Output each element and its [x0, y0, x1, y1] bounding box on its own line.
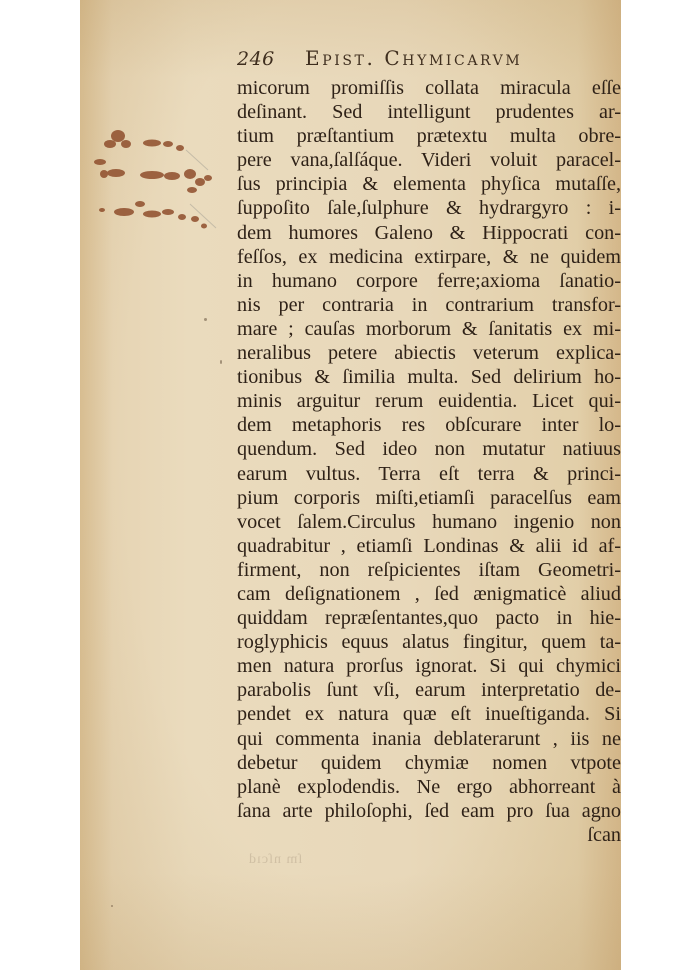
text-line: debetur quidem chymiæ nomen vtpote — [237, 751, 621, 775]
text-line: feſſos, ex medicina extirpare, & ne quid… — [237, 245, 621, 269]
running-title: Epist. Chymicarvm — [305, 46, 522, 70]
text-line: pere vana,ſalſáque. Videri voluit parace… — [237, 148, 621, 172]
text-line: earum vultus. Terra eſt terra & princi- — [237, 462, 621, 486]
text-line: pendet ex natura quæ eſt inueſtiganda. S… — [237, 702, 621, 726]
text-line: vocet ſalem.Circulus humano ingenio non — [237, 510, 621, 534]
text-line: dem humores Galeno & Hippocrati con- — [237, 221, 621, 245]
text-line: pium corporis miſti,etiamſi paracelſus e… — [237, 486, 621, 510]
text-line: quiddam repræſentantes,quo pacto in hie- — [237, 606, 621, 630]
paper-speck — [111, 905, 113, 907]
text-line: neralibus petere abiectis veterum explic… — [237, 341, 621, 365]
paper-speck — [220, 360, 222, 364]
catchword: ſcan — [237, 823, 621, 847]
text-line: quadrabitur , etiamſi Londinas & alii id… — [237, 534, 621, 558]
text-line: in humano corpore ferre;axioma ſanatio- — [237, 269, 621, 293]
text-line: dem metaphoris res obſcurare inter lo- — [237, 413, 621, 437]
text-line: deſinant. Sed intelligunt prudentes ar- — [237, 100, 621, 124]
body-text: micorum promiſſis collata miracula eſſe … — [237, 76, 621, 847]
text-line: qui commenta inania deblaterarunt , iis … — [237, 727, 621, 751]
text-line: micorum promiſſis collata miracula eſſe — [237, 76, 621, 100]
running-head: 246 Epist. Chymicarvm — [237, 44, 621, 74]
book-page: 246 Epist. Chymicarvm micorum promiſſis … — [80, 0, 621, 970]
text-line: planè explodendis. Ne ergo abhorreant à — [237, 775, 621, 799]
text-line: nis per contraria in contrarium transfor… — [237, 293, 621, 317]
text-line: firment, non reſpicientes iſtam Geometri… — [237, 558, 621, 582]
text-line: mare ; cauſas morborum & ſanitatis ex mi… — [237, 317, 621, 341]
text-line: men natura prorſus ignorat. Si qui chymi… — [237, 654, 621, 678]
handwritten-marginalia — [90, 122, 230, 232]
text-line: ſana arte philoſophi, ſed eam pro ſua ag… — [237, 799, 621, 823]
bleed-through-text: ſm nſcıd — [248, 852, 302, 868]
text-line: tionibus & ſimilia multa. Sed delirium h… — [237, 365, 621, 389]
text-line: minis arguitur rerum euidentia. Licet qu… — [237, 389, 621, 413]
text-line: ſus principia & elementa phyſica mutaſſe… — [237, 172, 621, 196]
text-line: parabolis ſunt vſi, earum interpretatio … — [237, 678, 621, 702]
text-line: quendum. Sed ideo non mutatur natiuus — [237, 437, 621, 461]
text-line: cam deſignationem , ſed ænigmaticè aliud — [237, 582, 621, 606]
paper-speck — [204, 318, 207, 321]
page-number: 246 — [237, 48, 275, 70]
text-line: tium præſtantium prætextu multa obre- — [237, 124, 621, 148]
text-line: ſuppoſito ſale,ſulphure & hydrargyro : i… — [237, 196, 621, 220]
text-line: roglyphicis equus alatus fingitur, quem … — [237, 630, 621, 654]
